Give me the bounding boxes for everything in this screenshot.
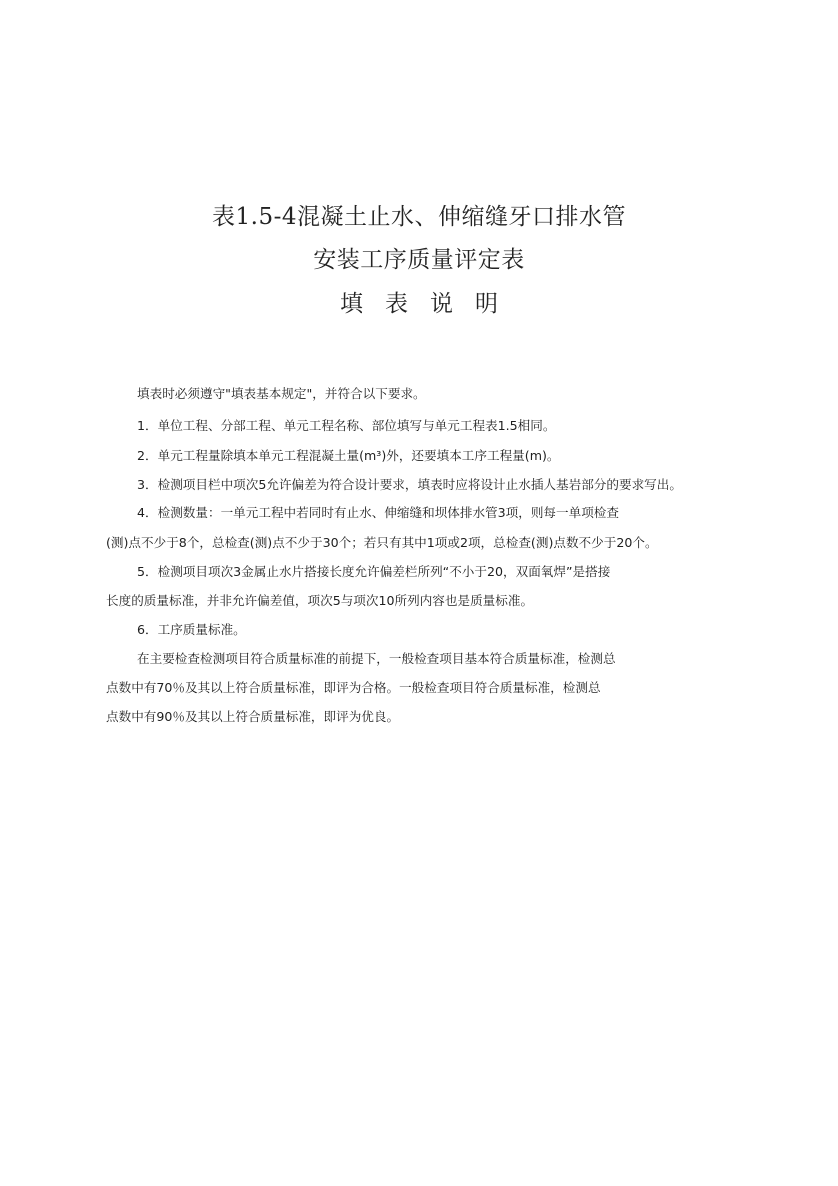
standard-paragraph-line-1: 在主要检查检测项目符合质量标准的前提下，一般检查项目基本符合质量标准，检测总: [137, 651, 616, 667]
document-title-line-2: 安装工序质量评定表: [0, 241, 838, 274]
instruction-item-5-line-1: 5．检测项目项次3金属止水片搭接长度允许偏差栏所列“不小于20，双面氧焊”是搭接: [137, 564, 610, 580]
document-page: 表1.5-4混凝土止水、伸缩缝牙口排水管 安装工序质量评定表 填表说明 填表时必…: [0, 0, 838, 1186]
instruction-item-4-line-1: 4．检测数量：一单元工程中若同时有止水、伸缩缝和坝体排水管3项，则每一单项检查: [137, 505, 619, 521]
standard-paragraph-line-3: 点数中有90％及其以上符合质量标准，即评为优良。: [106, 709, 399, 725]
standard-paragraph-line-2: 点数中有70％及其以上符合质量标准，即评为合格。一般检查项目符合质量标准，检测总: [106, 680, 601, 696]
instruction-item-2: 2．单元工程量除填本单元工程混凝土量(m³)外，还要填本工序工程量(m)。: [137, 448, 559, 464]
instruction-item-1: 1．单位工程、分部工程、单元工程名称、部位填写与单元工程表1.5相同。: [137, 418, 555, 434]
instruction-item-3: 3．检测项目栏中项次5允许偏差为符合设计要求，填表时应将设计止水插人基岩部分的要…: [137, 477, 682, 493]
document-subtitle-instructions: 填表说明: [0, 285, 838, 318]
document-title-line-1: 表1.5-4混凝土止水、伸缩缝牙口排水管: [0, 198, 838, 231]
intro-paragraph: 填表时必须遵守"填表基本规定"，并符合以下要求。: [137, 386, 426, 402]
instruction-item-4-line-2: (测)点不少于8个，总检查(测)点不少于30个；若只有其中1项或2项，总检查(测…: [106, 535, 658, 551]
instruction-item-5-line-2: 长度的质量标准，并非允许偏差值，项次5与项次10所列内容也是质量标准。: [106, 593, 533, 609]
instruction-item-6: 6．工序质量标准。: [137, 622, 246, 638]
